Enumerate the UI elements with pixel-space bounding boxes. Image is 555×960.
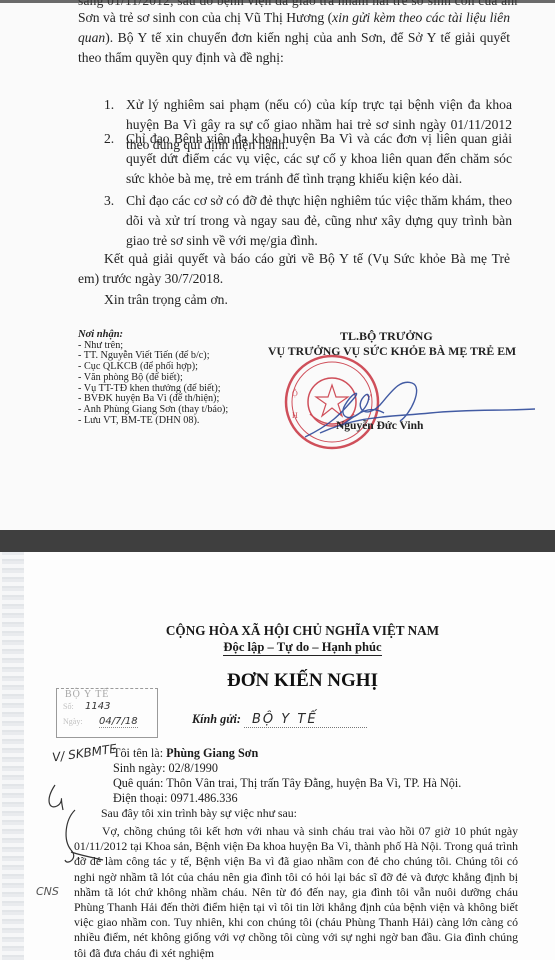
svg-text:H: H	[292, 411, 298, 420]
closing-line: Xin trân trọng cảm ơn.	[104, 290, 404, 310]
national-motto: Độc lập – Tự do – Hạnh phúc	[0, 640, 555, 655]
national-title: CỘNG HÒA XÃ HỘI CHỦ NGHĨA VIỆT NAM	[0, 623, 555, 639]
recipient-item: - Lưu VT, BM-TE (DHN 08).	[78, 416, 228, 427]
stamp-row-label: Ngày:	[63, 717, 83, 726]
request-text: Chỉ đạo Bệnh viện đa khoa huyện Ba Vì và…	[126, 129, 512, 189]
request-item: 2.Chỉ đạo Bệnh viện đa khoa huyện Ba Vì …	[104, 129, 512, 189]
stamp-date: 04/7/18	[99, 716, 138, 728]
petitioner-hometown: Quê quán: Thôn Vân trai, Thị trấn Tây Đằ…	[113, 776, 461, 791]
letter-paragraph: Sơn và trẻ sơ sinh con của chị Vũ Thị Hư…	[78, 8, 510, 69]
petition-body: Vợ, chồng chúng tôi kết hơn với nhau và …	[74, 824, 518, 960]
field-label: Điện thoại:	[113, 791, 171, 805]
scan-edge-noise	[2, 552, 24, 960]
margin-handwriting: CNS	[36, 885, 59, 898]
received-stamp-box: BỘ Y TẾ Số: Ngày: 1143 04/7/18	[56, 688, 158, 738]
petitioner-phone: Điện thoại: 0971.486.336	[113, 791, 238, 806]
petitioner-name: Tôi tên là: Phùng Giang Sơn	[113, 746, 258, 761]
official-letter-page: sáng 01/11/2012, sau đó bệnh viện đã gia…	[0, 0, 555, 530]
result-paragraph: Kết quả giải quyết và báo cáo gửi về Bộ …	[78, 249, 510, 289]
field-value: Thôn Vân trai, Thị trấn Tây Đằng, huyện …	[166, 776, 461, 790]
margin-scribble-icon	[35, 780, 105, 890]
stamp-org: BỘ Y TẾ	[65, 689, 109, 700]
recipient-item: - Văn phòng Bộ (để biết);	[78, 373, 228, 384]
stamp-number: 1143	[85, 701, 110, 712]
request-item: 3.Chỉ đạo các cơ sở có đỡ đẻ thực hiện n…	[104, 191, 512, 251]
field-value: 02/8/1990	[169, 761, 218, 775]
handwritten-signature-icon	[300, 375, 540, 445]
addressee-line: Kính gửi: BỘ Y TẾ	[192, 712, 367, 728]
signer-title: TL.BỘ TRƯỞNG	[340, 329, 433, 344]
request-text: Chỉ đạo các cơ sở có đỡ đẻ thực hiện ngh…	[126, 191, 512, 251]
paragraph-text: ). Bộ Y tế xin chuyển đơn kiến nghị của …	[78, 30, 510, 65]
petitioner-birthdate: Sinh ngày: 02/8/1990	[113, 761, 218, 776]
request-number: 2.	[104, 129, 126, 189]
paragraph-text: Sơn và trẻ sơ sinh con của chị Vũ Thị Hư…	[78, 10, 332, 25]
addressee-value: BỘ Y TẾ	[244, 712, 367, 728]
field-value: 0971.486.336	[171, 791, 238, 805]
motto-text: Độc lập – Tự do – Hạnh phúc	[223, 640, 381, 656]
svg-text:Ộ: Ộ	[292, 388, 298, 398]
stamp-row-label: Số:	[63, 702, 74, 711]
field-value: Phùng Giang Sơn	[166, 746, 258, 760]
request-number: 3.	[104, 191, 126, 251]
field-label: Sinh ngày:	[113, 761, 169, 775]
addressee-label: Kính gửi	[192, 712, 237, 726]
signer-name: Nguyễn Đức Vinh	[336, 420, 423, 432]
field-label: Tôi tên là:	[113, 746, 166, 760]
field-label: Quê quán:	[113, 776, 166, 790]
signer-department: VỤ TRƯỞNG VỤ SỨC KHỎE BÀ MẸ TRẺ EM	[268, 344, 516, 359]
page-separator	[0, 530, 555, 552]
petition-intro: Sau đây tôi xin trình bày sự việc như sa…	[101, 806, 297, 821]
recipients-block: Nơi nhận: - Như trên; - TT. Nguyễn Viết …	[78, 330, 228, 426]
